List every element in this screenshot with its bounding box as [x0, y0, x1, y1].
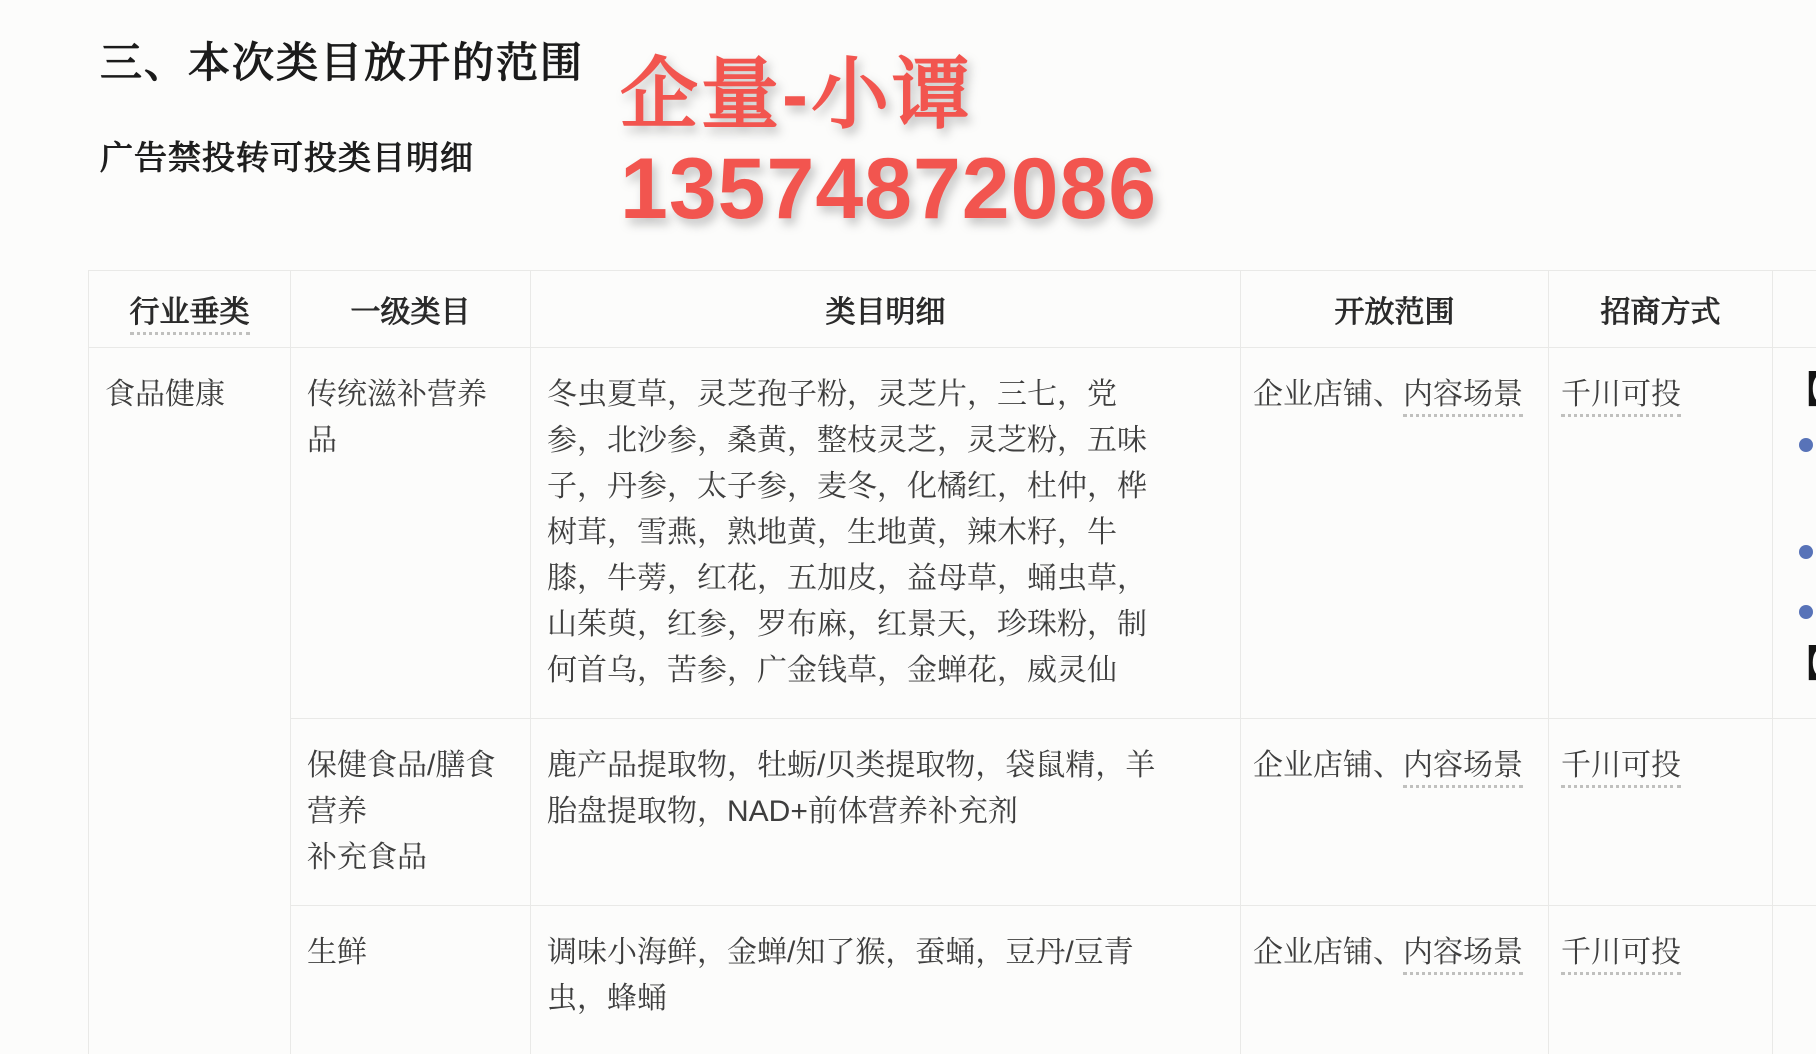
scope-marked: 内容场景 — [1403, 378, 1523, 417]
scope-marked: 内容场景 — [1403, 749, 1523, 788]
method-label: 千川可投 — [1561, 749, 1681, 788]
scope-prefix: 企业店铺、 — [1253, 378, 1403, 411]
cell-method: 千川可投 — [1549, 719, 1773, 906]
cell-method: 千川可投 — [1549, 906, 1773, 1054]
table-header-row: 行业垂类 一级类目 类目明细 开放范围 招商方式 — [89, 271, 1816, 348]
method-label: 千川可投 — [1561, 936, 1681, 975]
scope-marked: 内容场景 — [1403, 936, 1523, 975]
page-title: 三、本次类目放开的范围 — [100, 30, 584, 90]
method-label: 千川可投 — [1561, 378, 1681, 417]
cell-cutoff-content — [1773, 906, 1816, 1054]
cell-category: 传统滋补营养品 — [291, 348, 531, 719]
list-bullet-icon — [1799, 605, 1813, 619]
header-open-scope: 开放范围 — [1241, 271, 1549, 348]
document-page: 三、本次类目放开的范围 广告禁投转可投类目明细 企量-小谭 1357487208… — [0, 0, 1816, 1054]
watermark-phone: 13574872086 — [620, 140, 1157, 239]
table-row: 食品健康 传统滋补营养品 冬虫夏草，灵芝孢子粉，灵芝片，三七，党 参，北沙参，桑… — [89, 348, 1816, 719]
cell-scope: 企业店铺、内容场景 — [1241, 719, 1549, 906]
cell-cutoff-content — [1773, 719, 1816, 906]
page-subtitle: 广告禁投转可投类目明细 — [100, 132, 474, 179]
header-category-detail: 类目明细 — [531, 271, 1241, 348]
cell-detail: 冬虫夏草，灵芝孢子粉，灵芝片，三七，党 参，北沙参，桑黄，整枝灵芝，灵芝粉，五味… — [531, 348, 1241, 719]
cell-category: 生鲜 — [291, 906, 531, 1054]
header-industry-vertical: 行业垂类 — [89, 271, 291, 348]
header-primary-category: 一级类目 — [291, 271, 531, 348]
header-industry-vertical-label: 行业垂类 — [130, 296, 250, 335]
bracket-open-icon: 【 — [1787, 644, 1816, 684]
cell-cutoff-content: 【 【 — [1773, 348, 1816, 719]
cell-scope: 企业店铺、内容场景 — [1241, 906, 1549, 1054]
cell-scope: 企业店铺、内容场景 — [1241, 348, 1549, 719]
cell-industry-vertical: 食品健康 — [89, 348, 291, 1054]
cell-detail: 鹿产品提取物，牡蛎/贝类提取物，袋鼠精，羊 胎盘提取物，NAD+前体营养补充剂 — [531, 719, 1241, 906]
watermark: 企量-小谭 13574872086 — [620, 50, 1157, 239]
watermark-name: 企量-小谭 — [620, 50, 1157, 140]
cell-method: 千川可投 — [1549, 348, 1773, 719]
scope-prefix: 企业店铺、 — [1253, 749, 1403, 782]
list-bullet-icon — [1799, 545, 1813, 559]
table-row: 生鲜 调味小海鲜，金蝉/知了猴，蚕蛹，豆丹/豆青 虫，蜂蛹 企业店铺、内容场景 … — [89, 906, 1816, 1054]
category-table: 行业垂类 一级类目 类目明细 开放范围 招商方式 食品健康 传统滋补营养品 冬虫… — [88, 270, 1816, 1054]
cell-category: 保健食品/膳食营养 补充食品 — [291, 719, 531, 906]
cell-detail: 调味小海鲜，金蝉/知了猴，蚕蛹，豆丹/豆青 虫，蜂蛹 — [531, 906, 1241, 1054]
scope-prefix: 企业店铺、 — [1253, 936, 1403, 969]
list-bullet-icon — [1799, 438, 1813, 452]
header-cutoff-column — [1773, 271, 1816, 348]
header-investment-method: 招商方式 — [1549, 271, 1773, 348]
bracket-open-icon: 【 — [1787, 370, 1816, 410]
table-row: 保健食品/膳食营养 补充食品 鹿产品提取物，牡蛎/贝类提取物，袋鼠精，羊 胎盘提… — [89, 719, 1816, 906]
